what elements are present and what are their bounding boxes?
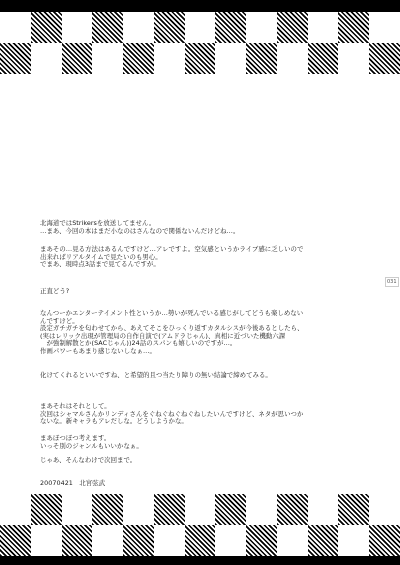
text-line: 20070421 北宮弦武: [40, 480, 105, 488]
text-line: 正直どう?: [40, 288, 69, 296]
bottom-black-bar: [0, 556, 400, 565]
text-line: じゃあ、そんなわけで次回まで。: [40, 457, 136, 465]
paragraph-farewell: じゃあ、そんなわけで次回まで。: [40, 457, 136, 465]
paragraph-thinking: まあぼつぼつ考えます。 いっそ別のジャンルもいいかなぁ。: [40, 435, 143, 450]
paragraph-question: 正直どう?: [40, 288, 69, 296]
text-line: いっそ別のジャンルもいいかなぁ。: [40, 443, 143, 451]
top-checker-row-2: [0, 43, 400, 74]
text-line: 化けてくれるといいですね、と希望的且つ当たり障りの無い結論で締めてみる。: [40, 372, 272, 380]
signature-date: 20070421 北宮弦武: [40, 480, 105, 488]
top-checker-row-1: [0, 12, 400, 43]
paragraph-critique: なんつーかエンターテイメント性というか…勢いが死んでいる感じがしてどうも楽しめな…: [40, 310, 304, 356]
paragraph-viewing: まあその…見る方法はあるんですけど…アレですよ。空気感というかライブ感に乏しいの…: [40, 246, 303, 269]
bottom-checker-row-2: [0, 525, 400, 556]
text-line: なんつーかエンターテイメント性というか…勢いが死んでいる感じがしてどうも楽しめな…: [40, 310, 304, 318]
paragraph-strikers: 北海道ではStrikersを放送してません。 …まあ、今回の本はまだ小なのはさん…: [40, 220, 239, 235]
page-number: 031: [385, 277, 399, 287]
text-line: 作画パワーもあまり感じないしなぁ…。: [40, 348, 304, 356]
top-black-bar: [0, 0, 400, 12]
text-line: でまあ、現時点3話まで見てるんですが。: [40, 261, 303, 269]
bottom-checker-row-1: [0, 494, 400, 525]
paragraph-next-issue: まあそれはそれとして。 次回はシャマルさんかリンディさんをぐねぐねぐねぐねしたい…: [40, 403, 303, 426]
paragraph-conclusion: 化けてくれるといいですね、と希望的且つ当たり障りの無い結論で締めてみる。: [40, 372, 272, 380]
text-line: …まあ、今回の本はまだ小なのはさんなので関係ないんだけどね…。: [40, 228, 239, 236]
text-line: ないな。新キャラもアレだしな。どうしようかな。: [40, 418, 303, 426]
